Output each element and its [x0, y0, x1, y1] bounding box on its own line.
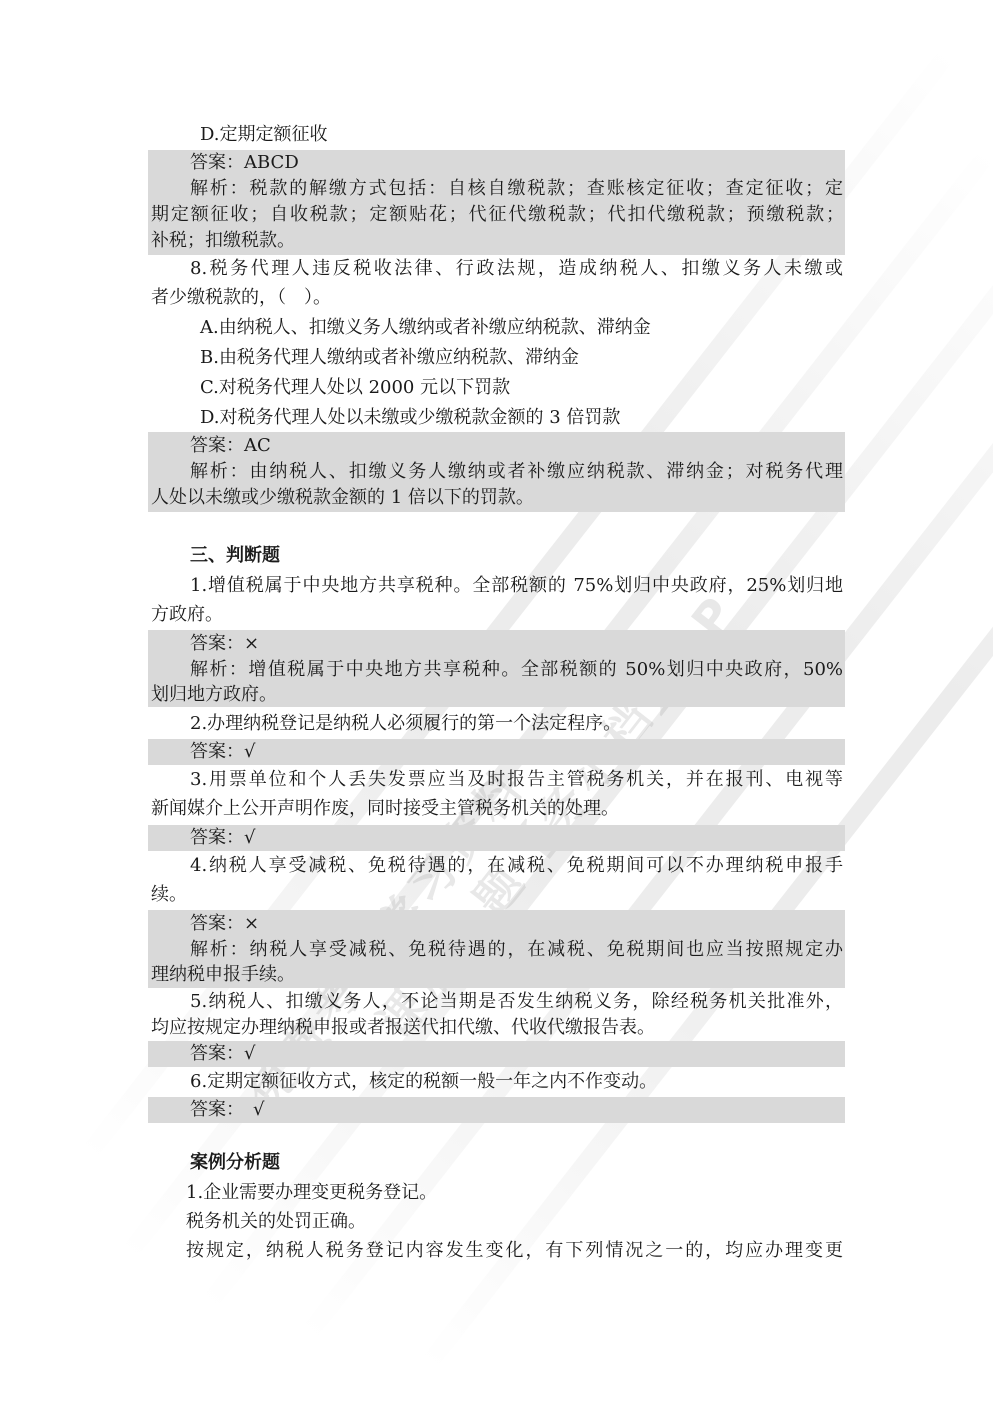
- analysis-line: 解析：纳税人享受减税、免税待遇的，在减税、免税期间也应当按照规定办: [190, 937, 843, 963]
- answer-text: 答案：×: [190, 911, 259, 937]
- analysis-line: 解析：增值税属于中央地方共享税种。全部税额的 50%划归中央政府，50%: [190, 657, 843, 683]
- case-line: 按规定，纳税人税务登记内容发生变化，有下列情况之一的，均应办理变更: [186, 1238, 843, 1264]
- case-line: 1.企业需要办理变更税务登记。: [186, 1180, 437, 1206]
- answer-text: 答案：√: [190, 739, 255, 765]
- answer-text: 答案：×: [190, 631, 259, 657]
- question-text: 均应按规定办理纳税申报或者报送代扣代缴、代收代缴报告表。: [151, 1015, 655, 1041]
- answer-text: 答案：ABCD: [190, 150, 299, 176]
- analysis-line: 人处以未缴或少缴税款金额的 1 倍以下的罚款。: [151, 485, 534, 511]
- question-text: 4.纳税人享受减税、免税待遇的，在减税、免税期间可以不办理纳税申报手: [190, 853, 843, 879]
- section-heading: 案例分析题: [190, 1150, 280, 1176]
- question-text: 8.税务代理人违反税收法律、行政法规，造成纳税人、扣缴义务人未缴或: [190, 256, 843, 282]
- question-text: 者少缴税款的，（ ）。: [151, 285, 331, 311]
- answer-text: 答案：AC: [190, 433, 271, 459]
- analysis-line: 补税；扣缴税款。: [151, 228, 295, 254]
- analysis-line: 期定额征收；自收税款；定额贴花；代征代缴税款；代扣代缴税款；预缴税款；: [151, 202, 844, 228]
- analysis-line: 理纳税申报手续。: [151, 962, 295, 988]
- option-d: D.对税务代理人处以未缴或少缴税款金额的 3 倍罚款: [200, 405, 620, 431]
- answer-text: 答案：√: [190, 1041, 255, 1067]
- option-b: B.由税务代理人缴纳或者补缴应纳税款、滞纳金: [200, 345, 579, 371]
- answer-text: 答案：√: [190, 825, 255, 851]
- answer-text: 答案： √: [190, 1097, 264, 1123]
- question-text: 1.增值税属于中央地方共享税种。全部税额的 75%划归中央政府，25%划归地: [190, 573, 843, 599]
- question-text: 3.用票单位和个人丢失发票应当及时报告主管税务机关，并在报刊、电视等: [190, 767, 843, 793]
- question-text: 新闻媒介上公开声明作废，同时接受主管税务机关的处理。: [151, 796, 619, 822]
- analysis-line: 解析：税款的解缴方式包括：自核自缴税款；查账核定征收；查定征收；定: [190, 176, 843, 202]
- question-text: 方政府。: [151, 602, 223, 628]
- section-heading: 三、判断题: [190, 543, 280, 569]
- option-a: A.由纳税人、扣缴义务人缴纳或者补缴应纳税款、滞纳金: [200, 315, 651, 341]
- case-line: 税务机关的处罚正确。: [186, 1209, 366, 1235]
- question-text: 2.办理纳税登记是纳税人必须履行的第一个法定程序。: [190, 711, 621, 737]
- option-d: D.定期定额征收: [200, 122, 328, 148]
- question-text: 续。: [151, 882, 187, 908]
- question-text: 6.定期定额征收方式，核定的税额一般一年之内不作变动。: [190, 1069, 657, 1095]
- analysis-line: 解析：由纳税人、扣缴义务人缴纳或者补缴应纳税款、滞纳金；对税务代理: [190, 459, 843, 485]
- question-text: 5.纳税人、扣缴义务人，不论当期是否发生纳税义务，除经税务机关批准外，: [190, 989, 843, 1015]
- analysis-line: 划归地方政府。: [151, 682, 277, 708]
- option-c: C.对税务代理人处以 2000 元以下罚款: [200, 375, 510, 401]
